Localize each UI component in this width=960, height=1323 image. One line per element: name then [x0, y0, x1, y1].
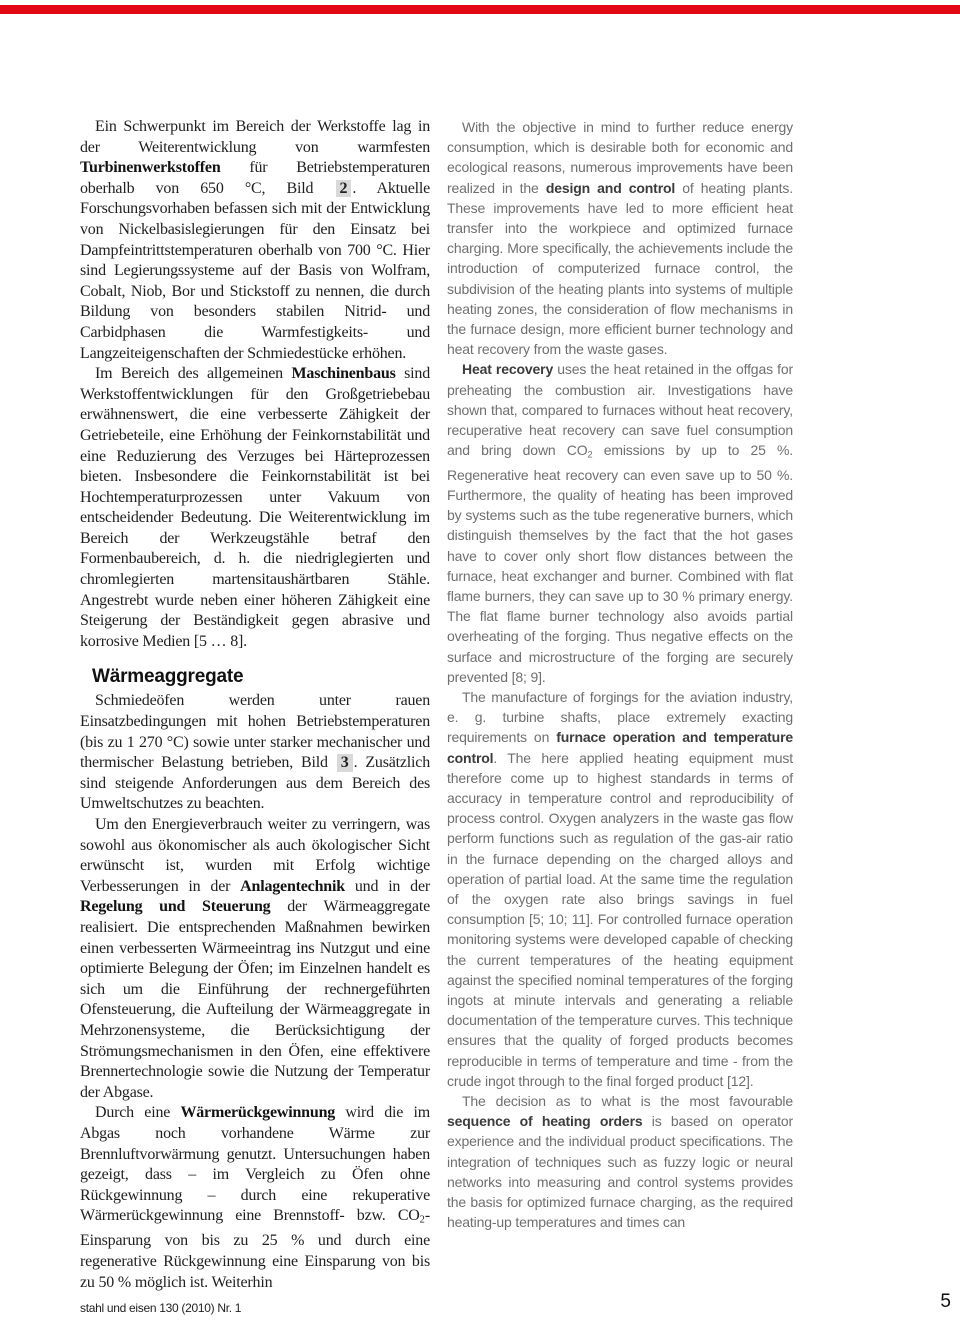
paragraph-german-3: Schmiedeöfen werden unter rauen Einsatzb…	[80, 691, 430, 815]
bold-keyword: Maschinenbaus	[292, 365, 396, 382]
bold-keyword: sequence of heating orders	[447, 1113, 643, 1129]
page-number: 5	[940, 1291, 951, 1313]
figure-reference-badge: 3	[337, 754, 353, 772]
section-heading-waermeaggregate: Wärmeaggregate	[80, 666, 430, 688]
bold-keyword: Wärmerückgewinnung	[180, 1104, 335, 1121]
text-run: der Wärmeaggregate realisiert. Die entsp…	[80, 898, 430, 1100]
english-column: With the objective in mind to further re…	[447, 117, 793, 1293]
paragraph-german-5: Durch eine Wärmerückgewinnung wird die i…	[80, 1103, 430, 1293]
bold-keyword: Turbinenwerkstoffen	[80, 159, 221, 176]
text-run: und in der	[345, 878, 430, 895]
text-run: emissions by up to 25 %. Regenerative he…	[447, 442, 793, 685]
page-content: Ein Schwerpunkt im Bereich der Werkstoff…	[80, 117, 793, 1293]
text-run: sind Werkstoffentwicklungen für den Groß…	[80, 365, 430, 650]
paragraph-german-4: Um den Energieverbrauch weiter zu verrin…	[80, 815, 430, 1103]
paragraph-english-1: With the objective in mind to further re…	[447, 117, 793, 359]
bold-keyword: design and control	[546, 180, 675, 196]
german-column: Ein Schwerpunkt im Bereich der Werkstoff…	[80, 117, 430, 1293]
paragraph-english-4: The decision as to what is the most favo…	[447, 1091, 793, 1232]
text-run: Ein Schwerpunkt im Bereich der Werkstoff…	[80, 118, 430, 156]
journal-citation: stahl und eisen 130 (2010) Nr. 1	[80, 1301, 241, 1315]
paragraph-german-2: Im Bereich des allgemeinen Maschinenbaus…	[80, 364, 430, 652]
bold-keyword: Regelung und Steuerung	[80, 898, 270, 915]
figure-reference-badge: 2	[336, 180, 352, 198]
bold-keyword: Anlagentechnik	[240, 878, 345, 895]
text-run: of heating plants. These improvements ha…	[447, 180, 793, 358]
text-run: wird die im Abgas noch vorhandene Wärme …	[80, 1104, 430, 1224]
bold-keyword: Heat recovery	[462, 361, 553, 377]
journal-page: Ein Schwerpunkt im Bereich der Werkstoff…	[0, 0, 960, 1323]
text-run: is based on operator experience and the …	[447, 1113, 793, 1230]
text-run: . Aktuelle Forschungsvorhaben befassen s…	[80, 180, 430, 362]
text-run: Im Bereich des allgemeinen	[95, 365, 292, 382]
paragraph-german-1: Ein Schwerpunkt im Bereich der Werkstoff…	[80, 117, 430, 364]
paragraph-english-2: Heat recovery uses the heat retained in …	[447, 359, 793, 687]
paragraph-english-3: The manufacture of forgings for the avia…	[447, 687, 793, 1091]
text-run: . The here applied heating equipment mus…	[447, 750, 793, 1089]
text-run: The decision as to what is the most favo…	[462, 1093, 793, 1109]
text-run: Durch eine	[95, 1104, 180, 1121]
top-red-rule	[0, 5, 960, 14]
